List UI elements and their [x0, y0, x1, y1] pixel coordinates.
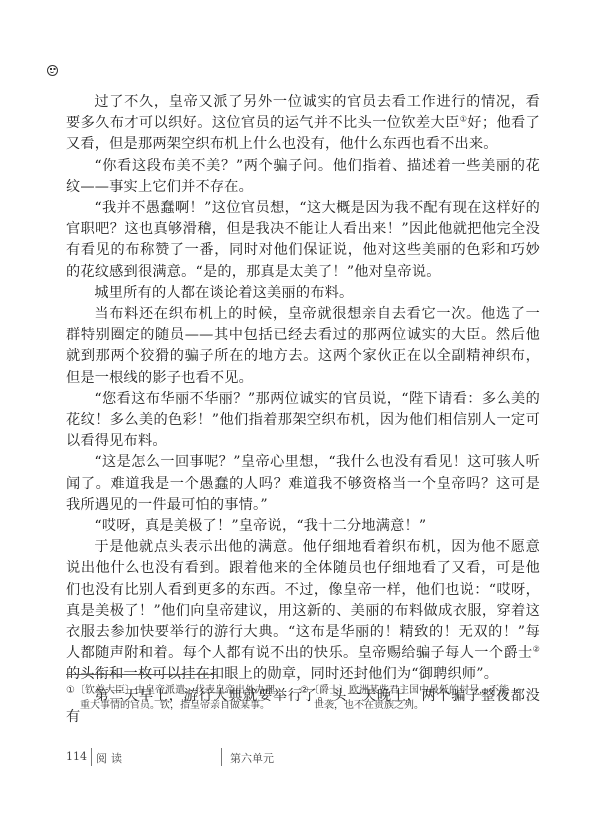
footer-divider — [91, 748, 92, 766]
paragraph: 城里所有的人都在谈论着这美丽的布料。 — [66, 283, 540, 304]
paragraph: “这是怎么一回事呢？”皇帝心里想，“我什么也没有看见！这可骇人听闻了。难道我是一… — [66, 452, 540, 516]
footnote-text: 重大事情的官员。钦，指皇帝亲自做某事。 — [66, 698, 291, 713]
footnote-1: ①〔钦差大臣〕由皇帝派遣、代表皇帝出外办理 重大事情的官员。钦，指皇帝亲自做某事… — [66, 683, 291, 713]
footnote-mark: ② — [300, 685, 309, 696]
footnote-ref[interactable]: ② — [533, 645, 540, 654]
smiley-face-icon — [47, 65, 58, 76]
section-label: 阅读 — [96, 750, 126, 766]
footnote-divider — [66, 674, 218, 675]
footnote-term: 〔爵士〕 — [309, 685, 349, 696]
footnote-text: 由皇帝派遣、代表皇帝出外办理 — [135, 685, 275, 696]
page-number: 114 — [66, 750, 87, 763]
paragraph: 于是他就点头表示出他的满意。他仔细地看着织布机，因为他不愿意说出他什么也没有看到… — [66, 537, 540, 685]
paragraph: “您看这布华丽不华丽？”那两位诚实的官员说，“陛下请看：多么美的花纹！多么美的色… — [66, 389, 540, 453]
paragraph: 过了不久，皇帝又派了另外一位诚实的官员去看工作进行的情况，看要多久布才可以织好。… — [66, 92, 540, 156]
footnote-term: 〔钦差大臣〕 — [75, 685, 135, 696]
body-text: 过了不久，皇帝又派了另外一位诚实的官员去看工作进行的情况，看要多久布才可以织好。… — [66, 92, 540, 728]
footnote-mark: ① — [66, 685, 75, 696]
footnote-2: ②〔爵士〕欧洲某些君主国中最低的封号，不能 世袭，也不在贵族之列。 — [300, 683, 540, 713]
paragraph: 当布料还在织布机上的时候，皇帝就很想亲自去看它一次。他选了一群特别圈定的随员——… — [66, 304, 540, 389]
footnote-text: 世袭，也不在贵族之列。 — [300, 698, 540, 713]
paragraph-text: 于是他就点头表示出他的满意。他仔细地看着织布机，因为他不愿意说出他什么也没有看到… — [66, 539, 540, 661]
paragraph: “哎呀，真是美极了！”皇帝说，“我十二分地满意！” — [66, 516, 540, 537]
footer-divider — [221, 748, 222, 766]
paragraph: “你看这段布美不美？”两个骗子问。他们指着、描述着一些美丽的花纹——事实上它们并… — [66, 156, 540, 198]
footnote-text: 欧洲某些君主国中最低的封号，不能 — [349, 685, 509, 696]
paragraph: “我并不愚蠢啊！”这位官员想，“这大概是因为我不配有现在这样好的官职吧？这也真够… — [66, 198, 540, 283]
unit-label: 第六单元 — [230, 750, 274, 766]
